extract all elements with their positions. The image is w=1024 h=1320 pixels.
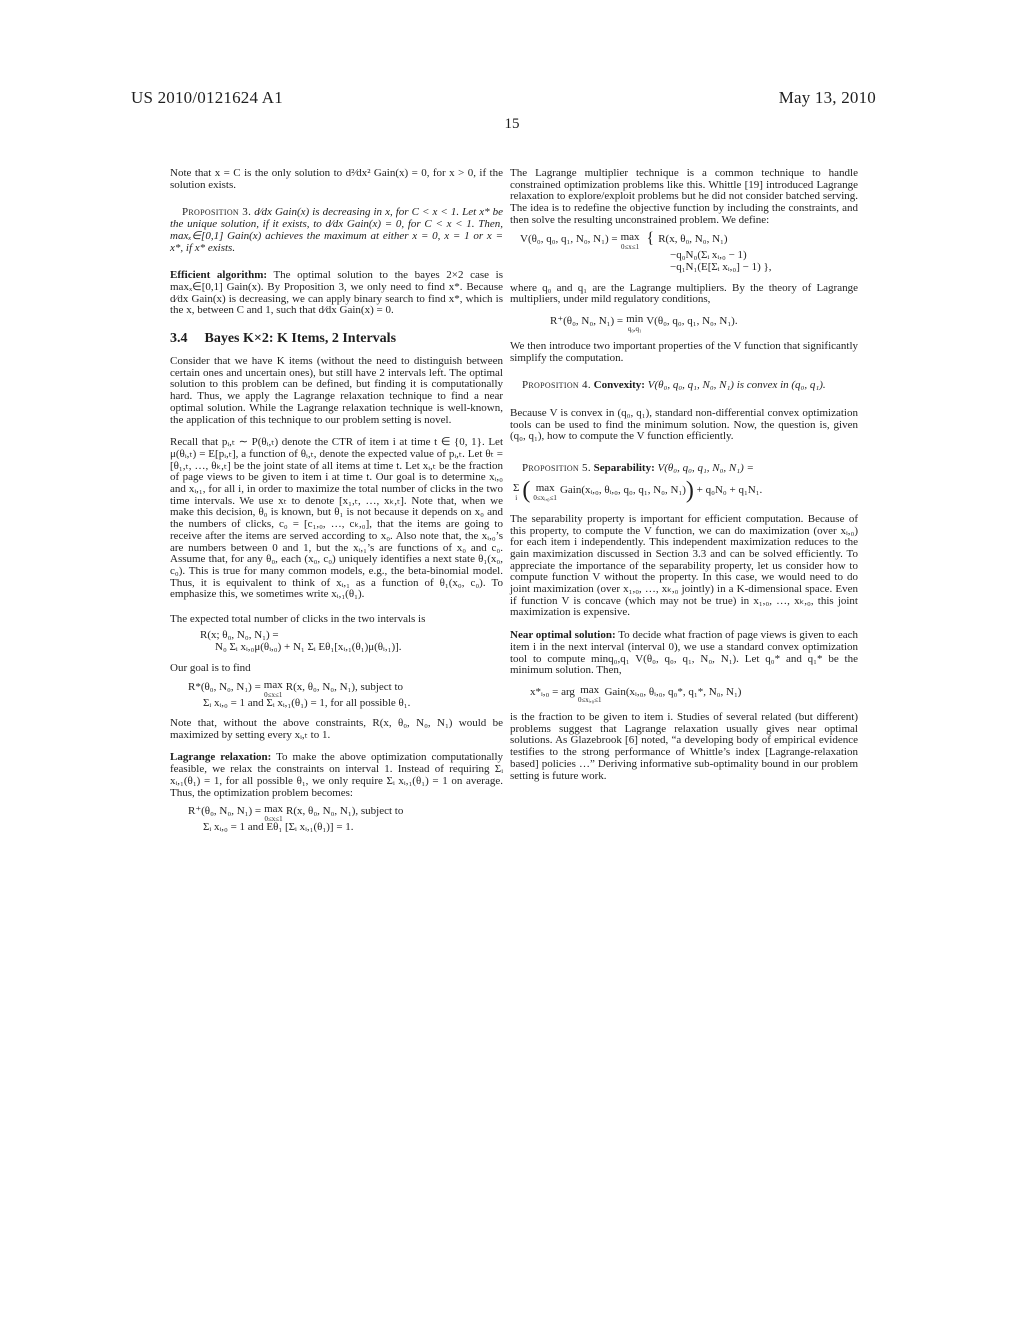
equation-R-line1: R(x; θ₀, N₀, N₁) = (170, 629, 503, 642)
patent-number: US 2010/0121624 A1 (131, 88, 283, 108)
paragraph-efficient-algorithm: Efficient algorithm: The optimal solutio… (170, 270, 503, 317)
equation-separability-tail: + q₀N₀ + q₁N₁. (697, 484, 763, 496)
paragraph-recall-ctr: Recall that pᵢ,ₜ ∼ P(θᵢ,ₜ) denote the CT… (170, 437, 503, 601)
max-operator: max0≤x≤1 (264, 680, 283, 699)
right-paren: ) (686, 477, 694, 503)
left-paren: ( (522, 477, 530, 503)
equation-separability-body: Gain(xᵢ,₀, θᵢ,₀, q₀, q₁, N₀, N₁) (560, 484, 686, 496)
proposition-4-label: Proposition 4. (522, 379, 591, 391)
paragraph-expected-total-clicks: The expected total number of clicks in t… (170, 614, 503, 626)
equation-R-star-line1: R*(θ₀, N₀, N₁) =max0≤x≤1R(x, θ₀, N₀, N₁)… (170, 678, 503, 697)
proposition-5-label: Proposition 5. (522, 462, 591, 474)
equation-V-pre: V(θ₀, q₀, q₁, N₀, N₁) = (520, 233, 618, 245)
proposition-5-name: Separability: (594, 462, 655, 474)
left-brace: { (647, 230, 655, 247)
proposition-4: Proposition 4. Convexity: V(θ₀, q₀, q₁, … (510, 380, 858, 392)
proposition-4-name: Convexity: (594, 379, 645, 391)
section-heading-3-4: 3.4 Bayes K×2: K Items, 2 Intervals (170, 331, 503, 347)
max-operator: max0≤x≤1 (621, 232, 640, 251)
equation-min-line: R⁺(θ₀, N₀, N₁) =minq₀,q₁V(θ₀, q₀, q₁, N₀… (510, 312, 858, 331)
paragraph-lagrange-multiplier: The Lagrange multiplier technique is a c… (510, 168, 858, 227)
proposition-3: Proposition 3. d⁄dx Gain(x) is decreasin… (170, 207, 503, 254)
max-operator: max0≤x≤1 (264, 804, 283, 823)
paragraph-fraction-item: is the fraction to be given to item i. S… (510, 712, 858, 782)
patent-page: US 2010/0121624 A1 May 13, 2010 15 Note … (0, 0, 1024, 1320)
max-operator: max0≤xᵢ,₀≤1 (533, 483, 557, 502)
paragraph-constraints-note: Note that, without the above constraints… (170, 718, 503, 741)
column-left: Note that x = C is the only solution to … (170, 168, 503, 843)
equation-R-star-line2: Σᵢ xᵢ,₀ = 1 and Σᵢ xᵢ,₁(θ₁) = 1, for all… (170, 697, 503, 710)
equation-min-post: V(θ₀, q₀, q₁, N₀, N₁). (646, 315, 737, 327)
near-optimal-lead: Near optimal solution: (510, 629, 616, 641)
paragraph-consider-k-items: Consider that we have K items (without t… (170, 356, 503, 426)
section-number: 3.4 (170, 331, 188, 347)
page-number: 15 (0, 116, 1024, 133)
publication-date: May 13, 2010 (779, 88, 876, 108)
equation-R-line2: N₀ Σᵢ xᵢ,₀μ(θᵢ,₀) + N₁ Σᵢ Eθ₁[xᵢ,₁(θ₁)μ(… (170, 641, 503, 654)
paragraph-separability-property: The separability property is important f… (510, 514, 858, 619)
min-operator: minq₀,q₁ (626, 314, 643, 333)
equation-R-star: R*(θ₀, N₀, N₁) =max0≤x≤1R(x, θ₀, N₀, N₁)… (170, 678, 503, 710)
proposition-5: Proposition 5. Separability: V(θ₀, q₀, q… (510, 463, 858, 475)
equation-R-plus-line2: Σᵢ xᵢ,₀ = 1 and Eθ₁ [Σᵢ xᵢ,₁(θ₁)] = 1. (170, 821, 503, 834)
equation-R-star-post: R(x, θ₀, N₀, N₁), subject to (286, 681, 403, 693)
equation-R-plus: R⁺(θ₀, N₀, N₁) =max0≤x≤1R(x, θ₀, N₀, N₁)… (170, 802, 503, 834)
equation-V-definition: V(θ₀, q₀, q₁, N₀, N₁) =max0≤x≤1{R(x, θ₀,… (510, 230, 858, 274)
proposition-4-text: V(θ₀, q₀, q₁, N₀, N₁) is convex in (q₀, … (648, 379, 826, 391)
paragraph-where-multipliers: where q₀ and q₁ are the Lagrange multipl… (510, 283, 858, 306)
paragraph-our-goal: Our goal is to find (170, 663, 503, 675)
lagrange-relaxation-lead: Lagrange relaxation: (170, 751, 271, 763)
equation-x-star-pre: x*ᵢ,₀ = arg (530, 686, 575, 698)
paragraph-introduce-properties: We then introduce two important properti… (510, 341, 858, 364)
efficient-algorithm-lead: Efficient algorithm: (170, 269, 267, 281)
paragraph-near-optimal: Near optimal solution: To decide what fr… (510, 630, 858, 677)
paragraph-lagrange-relaxation: Lagrange relaxation: To make the above o… (170, 752, 503, 799)
equation-R-plus-min: R⁺(θ₀, N₀, N₁) =minq₀,q₁V(θ₀, q₀, q₁, N₀… (510, 312, 858, 331)
equation-x-star-post: Gain(xᵢ,₀, θᵢ,₀, q₀*, q₁*, N₀, N₁) (604, 686, 741, 698)
equation-V-line2: −q₀N₀(Σᵢ xᵢ,₀ − 1) (510, 249, 858, 262)
equation-V-arg: R(x, θ₀, N₀, N₁) (658, 233, 727, 245)
proposition-3-label: Proposition 3. (182, 206, 251, 218)
equation-separability: Σi(max0≤xᵢ,₀≤1Gain(xᵢ,₀, θᵢ,₀, q₀, q₁, N… (510, 481, 858, 500)
equation-V-line3: −q₁N₁(E[Σᵢ xᵢ,₀] − 1) }, (510, 261, 858, 274)
section-title: Bayes K×2: K Items, 2 Intervals (205, 331, 397, 347)
sum-operator: Σi (513, 483, 519, 502)
proposition-5-text: V(θ₀, q₀, q₁, N₀, N₁) = (658, 462, 754, 474)
equation-V-line1: V(θ₀, q₀, q₁, N₀, N₁) =max0≤x≤1{R(x, θ₀,… (510, 230, 858, 249)
arg-max-operator: max0≤xᵢ,₀≤1 (578, 685, 602, 704)
equation-R-plus-line1: R⁺(θ₀, N₀, N₁) =max0≤x≤1R(x, θ₀, N₀, N₁)… (170, 802, 503, 821)
equation-R-definition: R(x; θ₀, N₀, N₁) = N₀ Σᵢ xᵢ,₀μ(θᵢ,₀) + N… (170, 629, 503, 654)
column-right: The Lagrange multiplier technique is a c… (510, 168, 858, 793)
equation-R-star-pre: R*(θ₀, N₀, N₁) = (188, 681, 261, 693)
equation-x-star-line: x*ᵢ,₀ = argmax0≤xᵢ,₀≤1Gain(xᵢ,₀, θᵢ,₀, q… (510, 683, 858, 702)
equation-separability-line: Σi(max0≤xᵢ,₀≤1Gain(xᵢ,₀, θᵢ,₀, q₀, q₁, N… (510, 481, 858, 500)
paragraph-because-convex: Because V is convex in (q₀, q₁), standar… (510, 408, 858, 443)
equation-R-plus-pre: R⁺(θ₀, N₀, N₁) = (188, 805, 261, 817)
equation-R-plus-post: R(x, θ₀, N₀, N₁), subject to (286, 805, 403, 817)
equation-x-star: x*ᵢ,₀ = argmax0≤xᵢ,₀≤1Gain(xᵢ,₀, θᵢ,₀, q… (510, 683, 858, 702)
page-header: US 2010/0121624 A1 May 13, 2010 (131, 88, 876, 108)
equation-min-pre: R⁺(θ₀, N₀, N₁) = (550, 315, 623, 327)
paragraph-note-solution: Note that x = C is the only solution to … (170, 168, 503, 191)
